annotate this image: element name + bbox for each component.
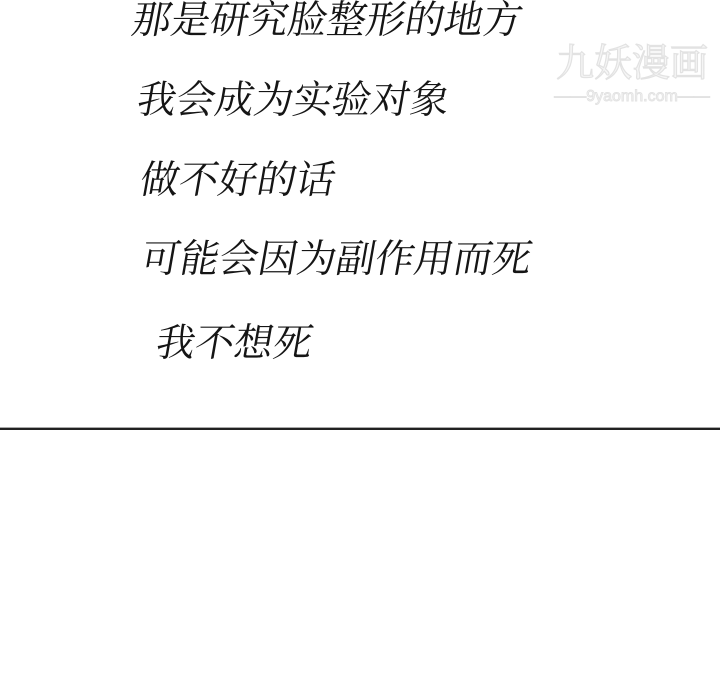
dialogue-line-1: 那是研究脸整形的地方: [129, 1, 526, 40]
dialogue-line-5: 我不想死: [153, 324, 316, 363]
dialogue-line-3: 做不好的话: [137, 161, 339, 200]
watermark-site-url: ——9yaomh.com——: [548, 89, 716, 105]
dialogue-line-4: 可能会因为副作用而死: [138, 240, 535, 279]
watermark-site-name: 九妖漫画: [548, 44, 716, 86]
panel-divider-line: [0, 427, 720, 430]
dialogue-line-2: 我会成为实验对象: [134, 81, 453, 120]
comic-page: 那是研究脸整形的地方 我会成为实验对象 做不好的话 可能会因为副作用而死 我不想…: [0, 0, 720, 700]
site-watermark: 九妖漫画 ——9yaomh.com——: [548, 44, 716, 105]
